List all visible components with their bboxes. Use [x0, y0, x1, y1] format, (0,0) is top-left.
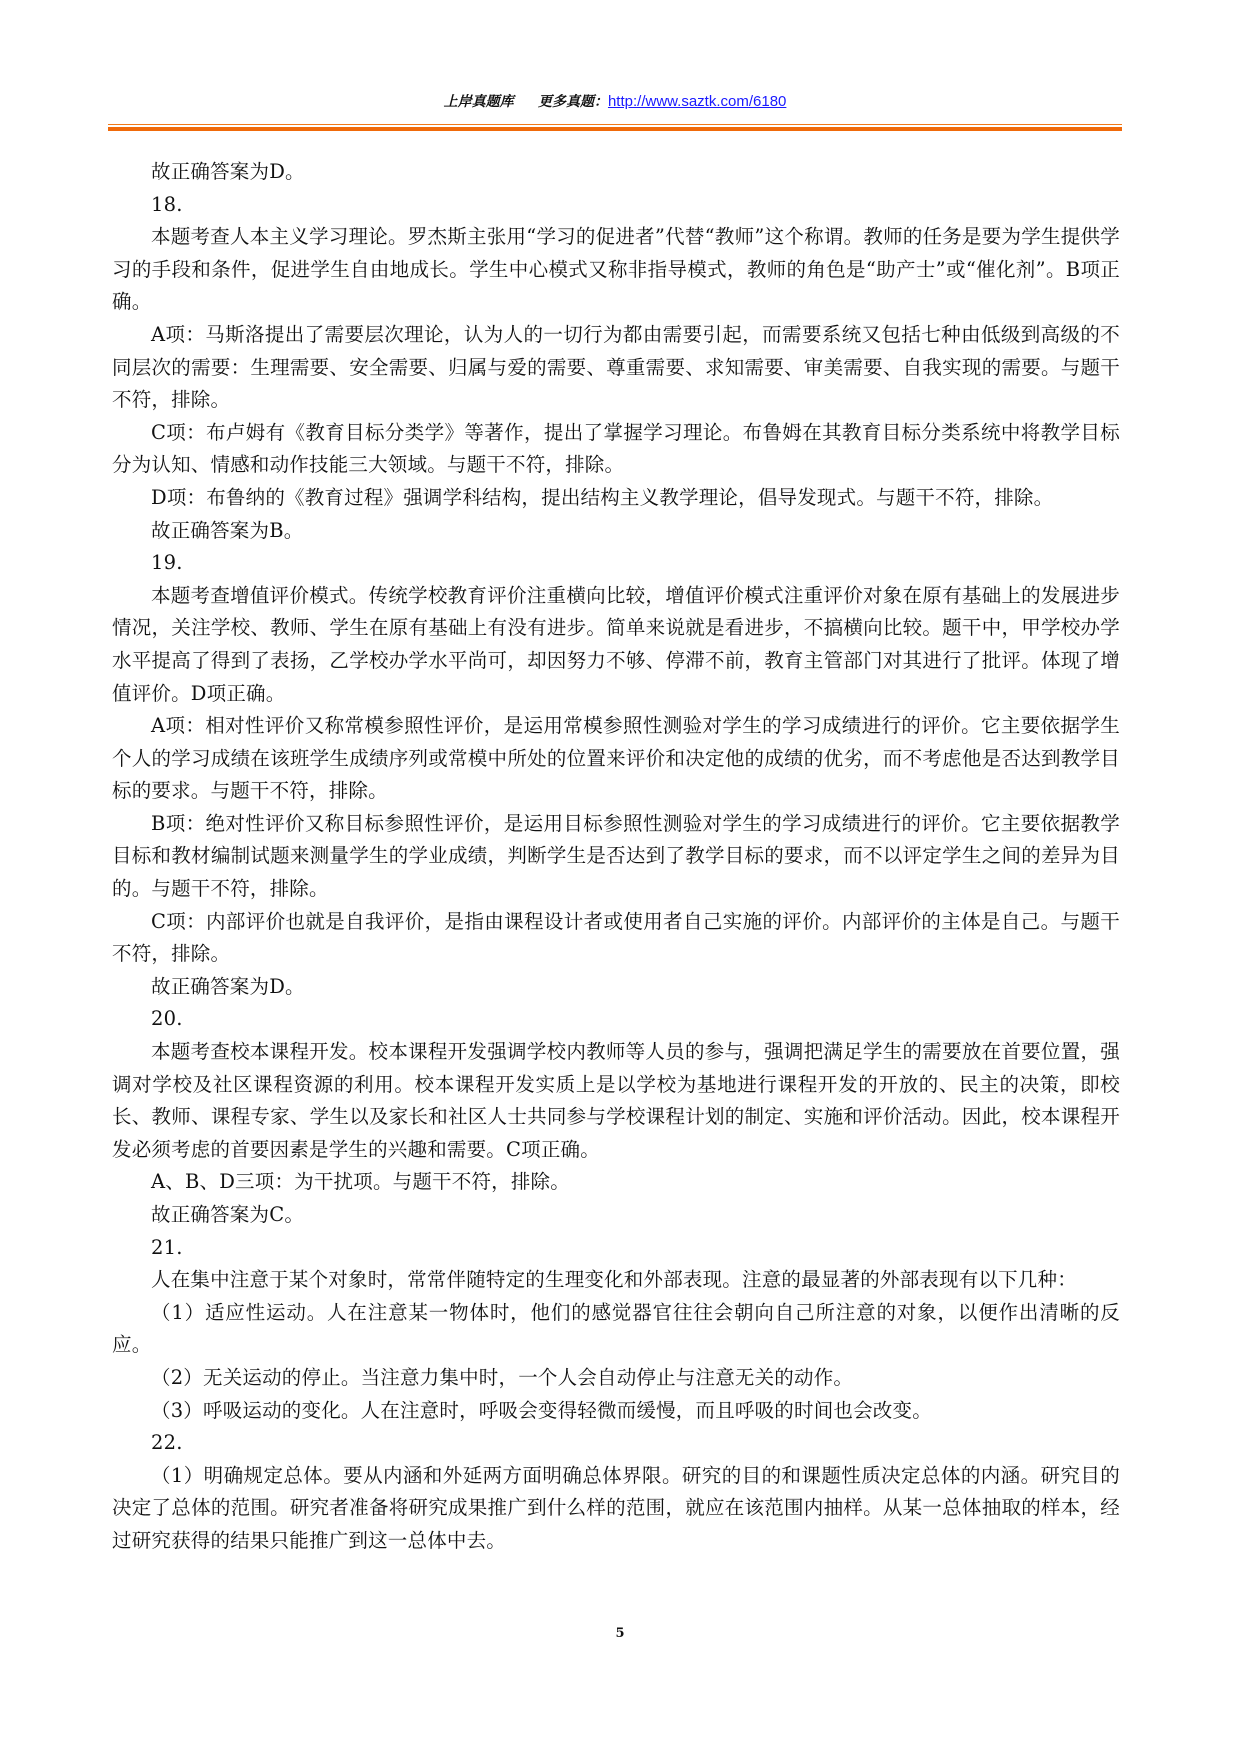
- paragraph: 故正确答案为D。: [112, 156, 1120, 189]
- paragraph: 人在集中注意于某个对象时，常常伴随特定的生理变化和外部表现。注意的最显著的外部表…: [112, 1264, 1120, 1297]
- question-number: 21.: [112, 1232, 1120, 1265]
- paragraph: C项：内部评价也就是自我评价，是指由课程设计者或使用者自己实施的评价。内部评价的…: [112, 906, 1120, 971]
- page-number: 5: [0, 1626, 1240, 1641]
- header-site-name: 上岸真题库: [444, 94, 514, 110]
- header-rule-thin: [108, 124, 1122, 125]
- header-rule-thick: [108, 127, 1122, 131]
- header-link[interactable]: http://www.sazt​k.com/6180: [608, 93, 786, 110]
- paragraph: A项：马斯洛提出了需要层次理论，认为人的一切行为都由需要引起，而需要系统又包括七…: [112, 319, 1120, 417]
- paragraph: 本题考查人本主义学习理论。罗杰斯主张用“学习的促进者”代替“教师”这个称谓。教师…: [112, 221, 1120, 319]
- question-number: 18.: [112, 189, 1120, 222]
- paragraph: B项：绝对性评价又称目标参照性评价，是运用目标参照性测验对学生的学习成绩进行的评…: [112, 808, 1120, 906]
- paragraph: （1）明确规定总体。要从内涵和外延两方面明确总体界限。研究的目的和课题性质决定总…: [112, 1460, 1120, 1558]
- paragraph: D项：布鲁纳的《教育过程》强调学科结构，提出结构主义教学理论，倡导发现式。与题干…: [112, 482, 1120, 515]
- paragraph: 故正确答案为C。: [112, 1199, 1120, 1232]
- question-number: 20.: [112, 1003, 1120, 1036]
- page-header: 上岸真题库 更多真题：http://www.sazt​k.com/6180: [110, 92, 1120, 112]
- paragraph: 故正确答案为D。: [112, 971, 1120, 1004]
- header-more-label: 更多真题：: [538, 94, 608, 110]
- paragraph: C项：布卢姆有《教育目标分类学》等著作，提出了掌握学习理论。布鲁姆在其教育目标分…: [112, 417, 1120, 482]
- paragraph: 故正确答案为B。: [112, 515, 1120, 548]
- question-number: 22.: [112, 1427, 1120, 1460]
- paragraph: （1）适应性运动。人在注意某一物体时，他们的感觉器官往往会朝向自己所注意的对象，…: [112, 1297, 1120, 1362]
- paragraph: （3）呼吸运动的变化。人在注意时，呼吸会变得轻微而缓慢，而且呼吸的时间也会改变。: [112, 1395, 1120, 1428]
- paragraph: A、B、D三项：为干扰项。与题干不符，排除。: [112, 1166, 1120, 1199]
- paragraph: 本题考查增值评价模式。传统学校教育评价注重横向比较，增值评价模式注重评价对象在原…: [112, 580, 1120, 710]
- document-body: 故正确答案为D。 18. 本题考查人本主义学习理论。罗杰斯主张用“学习的促进者”…: [112, 156, 1120, 1558]
- question-number: 19.: [112, 547, 1120, 580]
- paragraph: A项：相对性评价又称常模参照性评价，是运用常模参照性测验对学生的学习成绩进行的评…: [112, 710, 1120, 808]
- paragraph: 本题考查校本课程开发。校本课程开发强调学校内教师等人员的参与，强调把满足学生的需…: [112, 1036, 1120, 1166]
- paragraph: （2）无关运动的停止。当注意力集中时，一个人会自动停止与注意无关的动作。: [112, 1362, 1120, 1395]
